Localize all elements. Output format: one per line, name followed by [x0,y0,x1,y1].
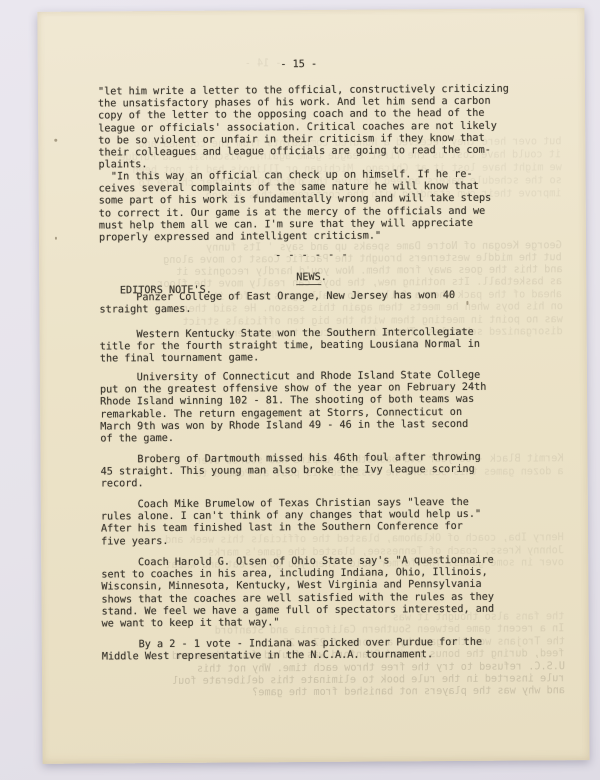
news-item: University of Connecticut and Rhode Isla… [100,370,487,446]
news-item: Broberg of Dartmouth missed his 46th fou… [100,452,481,491]
bleedthrough-text: and why was the players not banished fro… [252,685,565,699]
news-heading-label: NEWS [296,272,321,285]
bleedthrough-text: and this the goes away from them. Now yo… [176,264,562,279]
quoted-paragraph-1: "let him write a letter to the official,… [98,84,510,172]
quoted-paragraph-2: "In this way an official can check up on… [98,169,491,245]
bleedthrough-text: but the middle westerners brought the Pa… [163,252,562,267]
paper-speck [55,237,57,240]
news-item: Panzer College of East Orange, New Jerse… [99,290,455,317]
news-item: Coach Mike Brumelow of Texas Christian s… [101,497,482,548]
bleedthrough-text: as basketball. Its nothing new, the boys… [157,276,562,291]
bleedthrough-text: rule inserted in the rule book to elimin… [172,673,565,688]
document-page: - 14 -but over here they received a hund… [37,8,589,764]
news-item: Western Kentucky State won the Southern … [100,327,481,366]
news-item: Coach Harold G. Olsen of Ohio State say'… [101,555,494,631]
news-heading-period: . [321,272,327,283]
bleedthrough-layer: - 14 -but over here they received a hund… [37,8,584,12]
page-number: - 15 - [251,59,347,72]
section-separator: - - - - - - [275,250,348,263]
paper-speck [54,139,57,142]
paper-speck [466,301,468,305]
news-heading: NEWS. [296,272,327,284]
bleedthrough-text: U.S.C. refused to try the free throw eac… [197,661,565,676]
scan-background: { "page": { "number_label": "- 15 -" }, … [0,0,600,780]
news-item: By a 2 - 1 vote - Indiana was picked ove… [102,637,482,664]
